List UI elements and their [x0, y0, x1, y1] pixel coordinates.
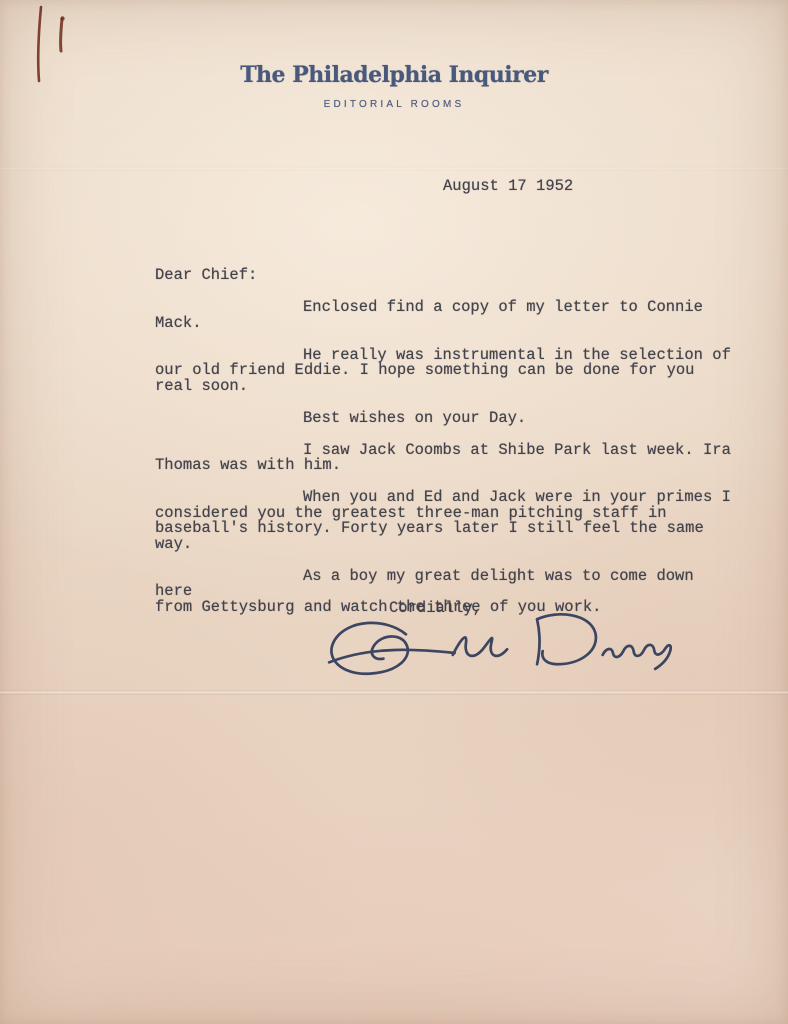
letter-date: August 17 1952	[443, 179, 573, 195]
fold-crease-upper	[0, 166, 788, 171]
paragraph: When you and Ed and Jack were in your pr…	[155, 490, 740, 552]
paragraph: He really was instrumental in the select…	[155, 348, 740, 395]
paragraph: Best wishes on your Day.	[155, 411, 740, 427]
masthead-subtitle: EDITORIAL ROOMS	[0, 99, 788, 110]
salutation: Dear Chief:	[155, 268, 740, 284]
masthead-title: The Philadelphia Inquirer	[0, 62, 788, 88]
paragraph: Enclosed find a copy of my letter to Con…	[155, 300, 740, 331]
paragraph: I saw Jack Coombs at Shibe Park last wee…	[155, 443, 740, 474]
signature	[316, 604, 672, 702]
scanned-letter-page: The Philadelphia Inquirer EDITORIAL ROOM…	[0, 0, 788, 1024]
letter-body: Dear Chief: Enclosed find a copy of my l…	[155, 268, 740, 632]
